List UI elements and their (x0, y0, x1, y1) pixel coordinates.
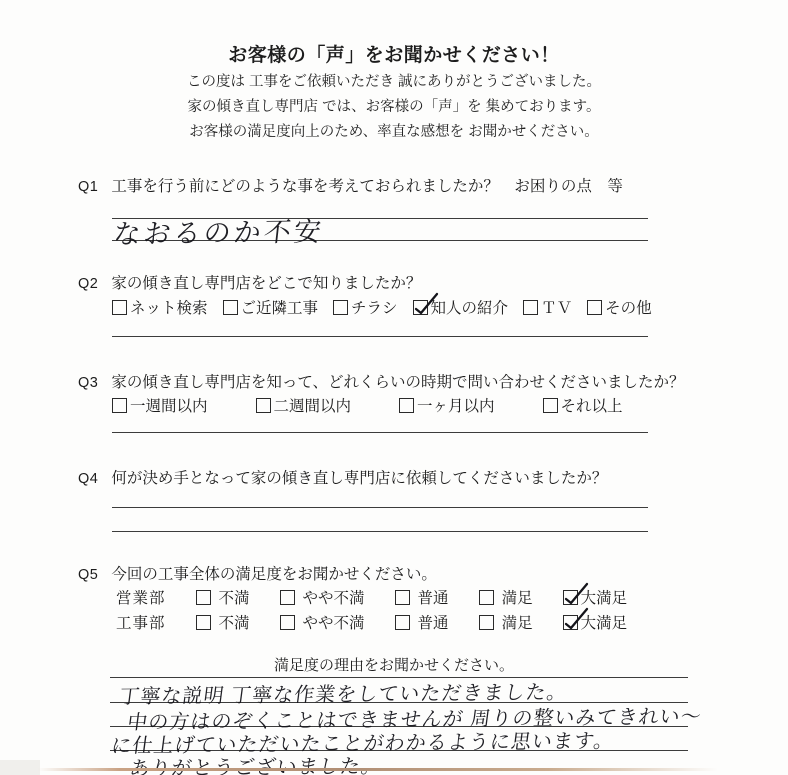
checkbox-label: ネット検索 (130, 296, 208, 318)
checkbox-label: 満足 (502, 586, 533, 608)
checkbox-option-net-search[interactable]: ネット検索 (112, 296, 208, 318)
intro-line-3: お客様の満足度向上のため、率直な感想を お聞かせください。 (0, 120, 788, 145)
checkbox[interactable] (112, 300, 127, 315)
scan-edge-shadow (0, 760, 40, 775)
question-q5: Q5 今回の工事全体の満足度をお聞かせください。 (78, 562, 437, 584)
checkbox-label: やや不満 (303, 611, 365, 633)
sales-checkbox-neutral[interactable]: 普通 (395, 586, 449, 608)
checkbox-option-within-2-weeks[interactable]: 二週間以内 (256, 394, 352, 416)
checkbox-option-within-1-week[interactable]: 一週間以内 (112, 394, 208, 416)
reason-label: 満足度の理由をお聞かせください。 (0, 654, 788, 675)
checkbox[interactable] (543, 398, 558, 413)
scan-paper-edge (38, 768, 718, 771)
question-q1-text: 工事を行う前にどのような事を考えておられましたか？ お困りの点 等 (111, 174, 623, 196)
checkbox-label: チラシ (351, 296, 398, 318)
sales-checkbox-dissatisfied[interactable]: 不満 (196, 586, 250, 608)
sales-checkbox-somewhat-dissatisfied[interactable]: やや不満 (280, 586, 365, 608)
answer-line (112, 432, 648, 433)
checkbox[interactable] (280, 615, 295, 630)
checkbox-option-referral[interactable]: 知人の紹介 (413, 296, 509, 318)
checkbox[interactable] (479, 615, 494, 630)
checkbox-label: 二週間以内 (274, 394, 352, 416)
checkbox[interactable] (413, 300, 428, 315)
q5-construction-row: 工事部 不満 やや不満 普通 満足 大満足 (116, 611, 627, 633)
question-q4: Q4 何が決め手となって家の傾き直し専門店に依頼してくださいましたか？ (78, 466, 607, 488)
checkbox-option-tv[interactable]: ＴＶ (523, 296, 572, 318)
q3-options-row: 一週間以内 二週間以内 一ヶ月以内 それ以上 (112, 394, 623, 416)
form-title: お客様の「声」をお聞かせください！ (0, 40, 788, 67)
checkbox-label: 不満 (219, 611, 250, 633)
checkbox[interactable] (196, 615, 211, 630)
checkbox-label: ご近隣工事 (241, 296, 319, 318)
checkbox[interactable] (280, 590, 295, 605)
intro-line-1: この度は 工事をご依頼いただき 誠にありがとうございました。 (0, 70, 788, 95)
question-q1: Q1 工事を行う前にどのような事を考えておられましたか？ お困りの点 等 (78, 174, 623, 196)
checkbox[interactable] (399, 398, 414, 413)
checkbox-label: 普通 (418, 611, 449, 633)
checkbox[interactable] (395, 590, 410, 605)
construction-checkbox-satisfied[interactable]: 満足 (479, 611, 533, 633)
checkbox[interactable] (523, 300, 538, 315)
question-q3-id: Q3 (78, 375, 98, 391)
question-q1-id: Q1 (78, 179, 98, 195)
checkbox-option-other[interactable]: その他 (587, 296, 652, 318)
checkbox[interactable] (479, 590, 494, 605)
question-q4-id: Q4 (78, 471, 98, 487)
answer-line (112, 531, 648, 532)
checkbox-option-flyer[interactable]: チラシ (333, 296, 398, 318)
construction-checkbox-dissatisfied[interactable]: 不満 (196, 611, 250, 633)
question-q3-text: 家の傾き直し専門店を知って、どれくらいの時期で問い合わせくださいましたか？ (111, 370, 684, 392)
checkbox-label: 不満 (219, 586, 250, 608)
checkbox[interactable] (395, 615, 410, 630)
check-mark-icon (560, 602, 590, 632)
question-q5-text: 今回の工事全体の満足度をお聞かせください。 (111, 562, 437, 584)
checkbox-label: 知人の紹介 (431, 296, 509, 318)
checkbox[interactable] (223, 300, 238, 315)
checkbox-label: 普通 (418, 586, 449, 608)
checkbox[interactable] (256, 398, 271, 413)
handwritten-answer-q1: なおるのか不安 (112, 210, 327, 252)
checkbox[interactable] (196, 590, 211, 605)
question-q3: Q3 家の傾き直し専門店を知って、どれくらいの時期で問い合わせくださいましたか？ (78, 370, 685, 392)
construction-checkbox-somewhat-dissatisfied[interactable]: やや不満 (280, 611, 365, 633)
checkbox-label: やや不満 (303, 586, 365, 608)
sales-checkbox-satisfied[interactable]: 満足 (479, 586, 533, 608)
checkbox-label: 満足 (502, 611, 533, 633)
intro-line-2: 家の傾き直し専門店 では、お客様の「声」を 集めております。 (0, 95, 788, 120)
question-q2: Q2 家の傾き直し専門店をどこで知りましたか？ (78, 271, 421, 293)
question-q4-text: 何が決め手となって家の傾き直し専門店に依頼してくださいましたか？ (111, 466, 607, 488)
q2-options-row: ネット検索 ご近隣工事 チラシ 知人の紹介 ＴＶ その他 (112, 296, 652, 318)
checkbox[interactable] (563, 615, 578, 630)
checkbox-option-neighbor-work[interactable]: ご近隣工事 (223, 296, 319, 318)
construction-checkbox-very-satisfied[interactable]: 大満足 (563, 611, 628, 633)
checkbox-label: 一週間以内 (130, 394, 208, 416)
checkbox-label: 一ヶ月以内 (417, 394, 495, 416)
question-q5-id: Q5 (78, 567, 98, 583)
checkbox-option-within-1-month[interactable]: 一ヶ月以内 (399, 394, 495, 416)
form-intro: この度は 工事をご依頼いただき 誠にありがとうございました。 家の傾き直し専門店… (0, 70, 788, 145)
check-mark-icon (410, 287, 440, 317)
q5-sales-row: 営業部 不満 やや不満 普通 満足 大満足 (116, 586, 627, 608)
handwritten-reason-line-4: ありがとうございました。 (128, 750, 384, 775)
department-label-construction: 工事部 (116, 611, 166, 633)
checkbox-label: それ以上 (561, 394, 623, 416)
question-q2-text: 家の傾き直し専門店をどこで知りましたか？ (111, 271, 421, 293)
scanned-survey-form: お客様の「声」をお聞かせください！ この度は 工事をご依頼いただき 誠にありがと… (0, 0, 788, 775)
checkbox[interactable] (587, 300, 602, 315)
checkbox[interactable] (333, 300, 348, 315)
checkbox-label: ＴＶ (541, 296, 572, 318)
checkbox-option-longer[interactable]: それ以上 (543, 394, 623, 416)
construction-checkbox-neutral[interactable]: 普通 (395, 611, 449, 633)
question-q2-id: Q2 (78, 276, 98, 292)
department-label-sales: 営業部 (116, 586, 166, 608)
answer-line (112, 336, 648, 337)
checkbox-label: その他 (605, 296, 652, 318)
checkbox[interactable] (112, 398, 127, 413)
answer-line (112, 507, 648, 508)
